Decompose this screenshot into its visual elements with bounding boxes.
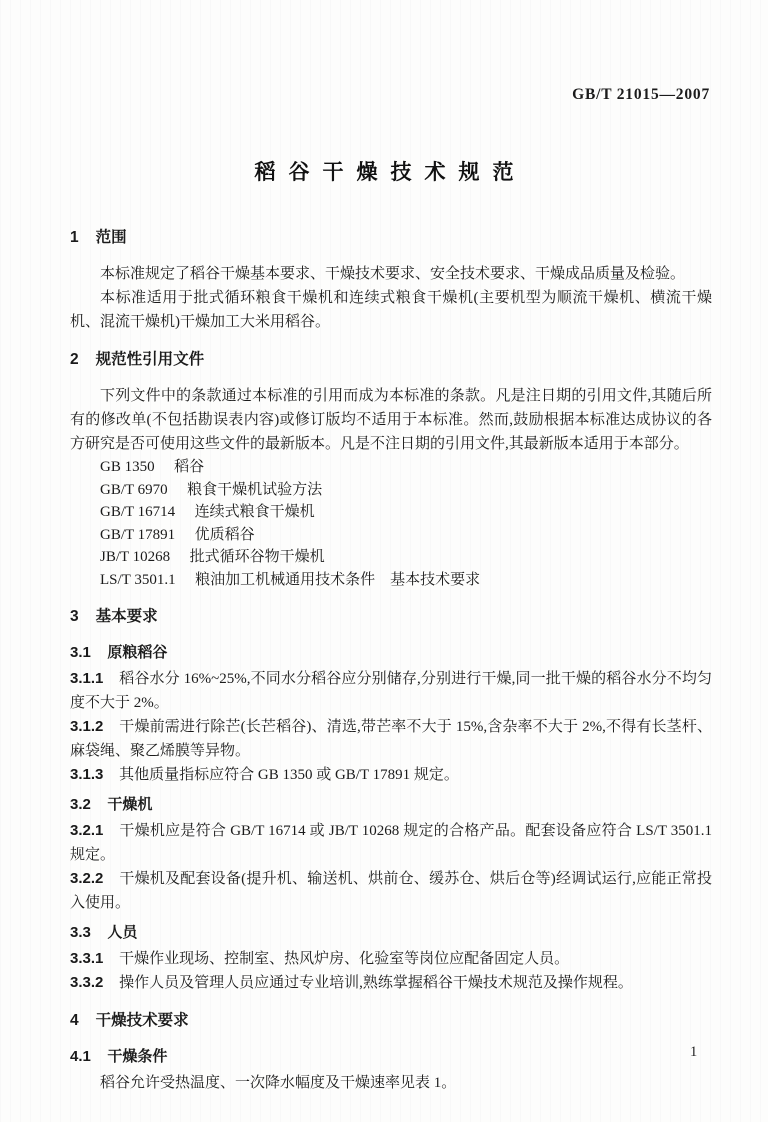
clause-paragraph: 3.3.2操作人员及管理人员应通过专业培训,熟练掌握稻谷干燥技术规范及操作规程。 bbox=[70, 971, 712, 995]
clause-number: 3.1.1 bbox=[70, 670, 103, 687]
reference-item: LS/T 3501.1粮油加工机械通用技术条件 基本技术要求 bbox=[70, 569, 712, 592]
heading-number: 3.2 bbox=[70, 796, 91, 813]
clause-paragraph: 3.3.1干燥作业现场、控制室、热风炉房、化验室等岗位应配备固定人员。 bbox=[70, 947, 712, 971]
paragraph: 稻谷允许受热温度、一次降水幅度及干燥速率见表 1。 bbox=[70, 1071, 712, 1095]
paragraph: 本标准适用于批式循环粮食干燥机和连续式粮食干燥机(主要机型为顺流干燥机、横流干燥… bbox=[70, 286, 712, 334]
clause-number: 3.2.1 bbox=[70, 822, 103, 839]
reference-item: GB/T 16714连续式粮食干燥机 bbox=[70, 501, 712, 524]
reference-code: JB/T 10268 bbox=[100, 549, 170, 565]
clause-number: 3.3.2 bbox=[70, 974, 103, 991]
heading-number: 2 bbox=[70, 351, 79, 368]
reference-title: 粮食干燥机试验方法 bbox=[187, 482, 322, 498]
subsection-heading: 3.3人员 bbox=[70, 921, 712, 945]
heading-number: 3.3 bbox=[70, 924, 91, 941]
page-number: 1 bbox=[690, 1044, 697, 1061]
heading-text: 人员 bbox=[107, 924, 137, 941]
paragraph: 下列文件中的条款通过本标准的引用而成为本标准的条款。凡是注日期的引用文件,其随后… bbox=[70, 384, 712, 456]
reference-code: GB/T 17891 bbox=[100, 527, 175, 543]
reference-item: GB 1350稻谷 bbox=[70, 456, 712, 479]
heading-number: 1 bbox=[70, 229, 79, 246]
heading-text: 干燥条件 bbox=[107, 1048, 167, 1065]
clause-number: 3.3.1 bbox=[70, 950, 103, 967]
heading-number: 3 bbox=[70, 608, 79, 625]
paragraph: 本标准规定了稻谷干燥基本要求、干燥技术要求、安全技术要求、干燥成品质量及检验。 bbox=[70, 262, 712, 286]
section-heading: 3基本要求 bbox=[70, 605, 712, 629]
section-heading: 1范围 bbox=[70, 226, 712, 250]
clause-paragraph: 3.2.1干燥机应是符合 GB/T 16714 或 JB/T 10268 规定的… bbox=[70, 819, 712, 867]
standard-number: GB/T 21015—2007 bbox=[572, 86, 710, 104]
reference-code: LS/T 3501.1 bbox=[100, 572, 176, 588]
heading-number: 4.1 bbox=[70, 1048, 91, 1065]
document-body: 1范围本标准规定了稻谷干燥基本要求、干燥技术要求、安全技术要求、干燥成品质量及检… bbox=[70, 212, 712, 1095]
reference-code: GB/T 6970 bbox=[100, 482, 168, 498]
reference-item: JB/T 10268批式循环谷物干燥机 bbox=[70, 546, 712, 569]
document-page: GB/T 21015—2007 稻谷干燥技术规范 1范围本标准规定了稻谷干燥基本… bbox=[0, 0, 768, 1122]
reference-code: GB 1350 bbox=[100, 459, 155, 475]
subsection-heading: 3.2干燥机 bbox=[70, 793, 712, 817]
heading-text: 干燥机 bbox=[107, 796, 152, 813]
clause-number: 3.1.3 bbox=[70, 766, 103, 783]
clause-paragraph: 3.1.2干燥前需进行除芒(长芒稻谷)、清选,带芒率不大于 15%,含杂率不大于… bbox=[70, 715, 712, 763]
heading-text: 范围 bbox=[96, 229, 127, 246]
clause-paragraph: 3.1.3其他质量指标应符合 GB 1350 或 GB/T 17891 规定。 bbox=[70, 763, 712, 787]
reference-title: 粮油加工机械通用技术条件 基本技术要求 bbox=[195, 572, 480, 588]
heading-text: 规范性引用文件 bbox=[96, 351, 205, 368]
heading-text: 干燥技术要求 bbox=[96, 1012, 189, 1029]
reference-title: 优质稻谷 bbox=[195, 527, 255, 543]
heading-text: 原粮稻谷 bbox=[107, 644, 167, 661]
clause-number: 3.2.2 bbox=[70, 870, 103, 887]
reference-code: GB/T 16714 bbox=[100, 504, 175, 520]
reference-title: 批式循环谷物干燥机 bbox=[190, 549, 325, 565]
section-heading: 2规范性引用文件 bbox=[70, 348, 712, 372]
section-heading: 4干燥技术要求 bbox=[70, 1009, 712, 1033]
heading-text: 基本要求 bbox=[96, 608, 158, 625]
subsection-heading: 3.1原粮稻谷 bbox=[70, 641, 712, 665]
clause-paragraph: 3.2.2干燥机及配套设备(提升机、输送机、烘前仓、缓苏仓、烘后仓等)经调试运行… bbox=[70, 867, 712, 915]
heading-number: 4 bbox=[70, 1012, 79, 1029]
reference-title: 连续式粮食干燥机 bbox=[195, 504, 315, 520]
document-title: 稻谷干燥技术规范 bbox=[0, 156, 768, 186]
clause-paragraph: 3.1.1稻谷水分 16%~25%,不同水分稻谷应分别储存,分别进行干燥,同一批… bbox=[70, 667, 712, 715]
clause-number: 3.1.2 bbox=[70, 718, 103, 735]
heading-number: 3.1 bbox=[70, 644, 91, 661]
reference-title: 稻谷 bbox=[174, 459, 204, 475]
subsection-heading: 4.1干燥条件 bbox=[70, 1045, 712, 1069]
reference-item: GB/T 17891优质稻谷 bbox=[70, 524, 712, 547]
reference-item: GB/T 6970粮食干燥机试验方法 bbox=[70, 479, 712, 502]
